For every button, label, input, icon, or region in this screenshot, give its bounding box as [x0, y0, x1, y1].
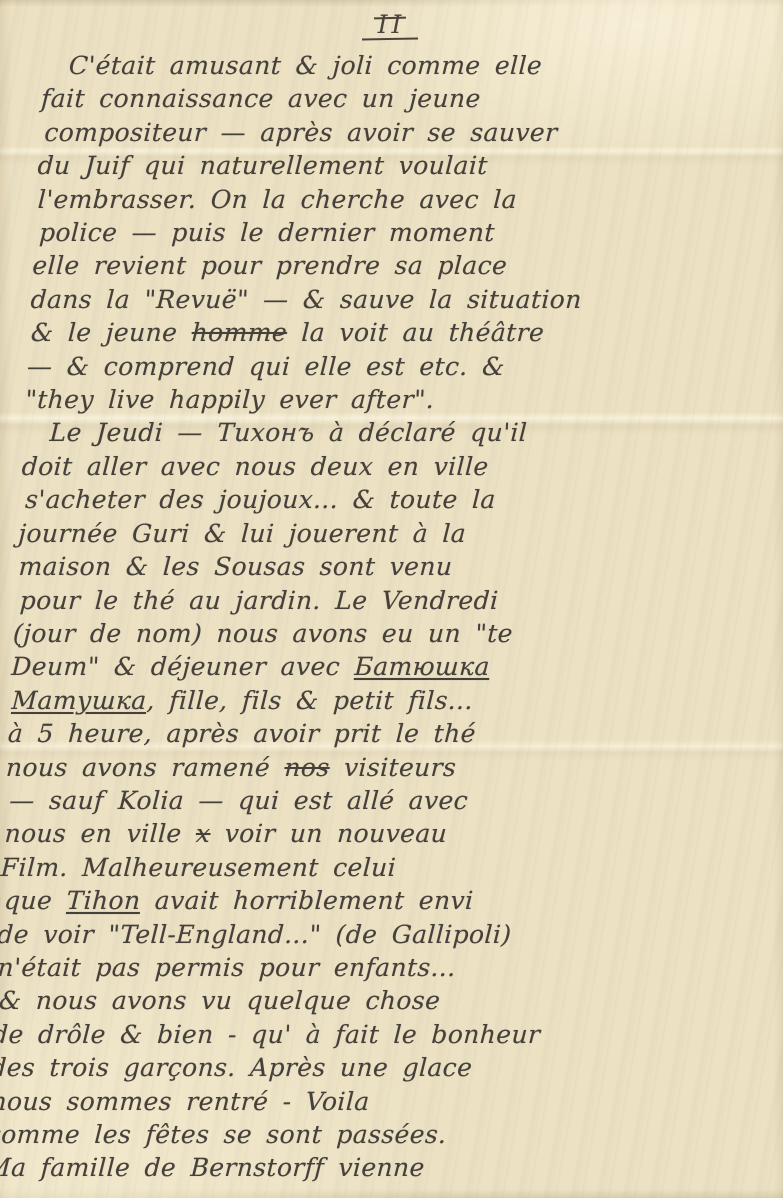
- paragraph: C'était amusant & joli comme ellefait co…: [25, 49, 783, 416]
- handwriting-line: "they live happily ever after".: [25, 383, 783, 416]
- handwriting-line: nous en ville x voir un nouveau: [4, 817, 773, 850]
- handwriting-line: police — puis le dernier moment: [38, 216, 783, 249]
- handwriting-line: à 5 heure, après avoir prit le thé: [7, 717, 778, 750]
- handwriting-line: — & comprend qui elle est etc. &: [26, 350, 783, 383]
- handwritten-letter-page: II C'était amusant & joli comme ellefait…: [0, 0, 783, 1198]
- paragraph: Le Jeudi — Тихонъ à déclaré qu'ildoit al…: [0, 416, 783, 1184]
- handwriting-line: & le jeune homme la voit au théâtre: [30, 316, 783, 349]
- handwriting-line: nous avons ramené nos visiteurs: [5, 751, 776, 784]
- handwriting-line: du Juif qui naturellement voulait: [37, 149, 783, 182]
- handwriting-line: de drôle & bien - qu' à fait le bonheur: [0, 1018, 762, 1051]
- handwriting-line: & nous avons vu quelque chose: [0, 984, 764, 1017]
- handwriting-line: — sauf Kolia — qui est allé avec: [8, 784, 774, 817]
- handwriting-line: s'acheter des joujoux... & toute la: [24, 483, 783, 516]
- page-number: II: [0, 10, 783, 42]
- handwriting-line: compositeur — après avoir se sauver: [44, 116, 783, 149]
- handwriting-line: l'embrasser. On la cherche avec la: [37, 183, 783, 216]
- handwriting-line: elle revient pour prendre sa place: [32, 249, 783, 282]
- handwriting-line: maison & les Sousas sont venu: [18, 550, 783, 583]
- page-number-numeral: II: [368, 10, 416, 42]
- handwriting-line: dans la "Revuë" — & sauve la situation: [30, 283, 783, 316]
- handwriting-line: fait connaissance avec un jeune: [40, 82, 783, 115]
- handwriting-line: de voir "Tell-England..." (de Gallipoli): [0, 918, 767, 951]
- handwriting-line: Le Jeudi — Тихонъ à déclaré qu'il: [25, 416, 783, 449]
- handwriting-line: n'était pas permis pour enfants...: [0, 951, 765, 984]
- handwriting-line: journée Guri & lui jouerent à la: [18, 517, 783, 550]
- handwriting-line: pour le thé au jardin. Le Vendredi: [19, 584, 783, 617]
- handwriting-line: comme les fêtes se sont passées.: [0, 1118, 757, 1151]
- handwriting-line: des trois garçons. Après une glace: [0, 1051, 760, 1084]
- handwriting-line: (jour de nom) nous avons eu un "te: [12, 617, 783, 650]
- letter-body: C'était amusant & joli comme ellefait co…: [0, 49, 783, 1185]
- handwriting-line: doit aller avec nous deux en ville: [21, 450, 783, 483]
- handwriting-line: nous sommes rentré - Voila: [0, 1085, 758, 1118]
- handwriting-line: que Tihon avait horriblement envi: [3, 884, 769, 917]
- handwriting-line: Ma famille de Bernstorff vienne: [0, 1151, 755, 1184]
- handwriting-line: C'était amusant & joli comme elle: [44, 49, 783, 82]
- handwriting-line: Deum" & déjeuner avec Батюшка: [10, 650, 781, 683]
- handwriting-line: Матушка, fille, fils & petit fils...: [11, 684, 780, 717]
- handwriting-line: Film. Malheureusement celui: [0, 851, 771, 884]
